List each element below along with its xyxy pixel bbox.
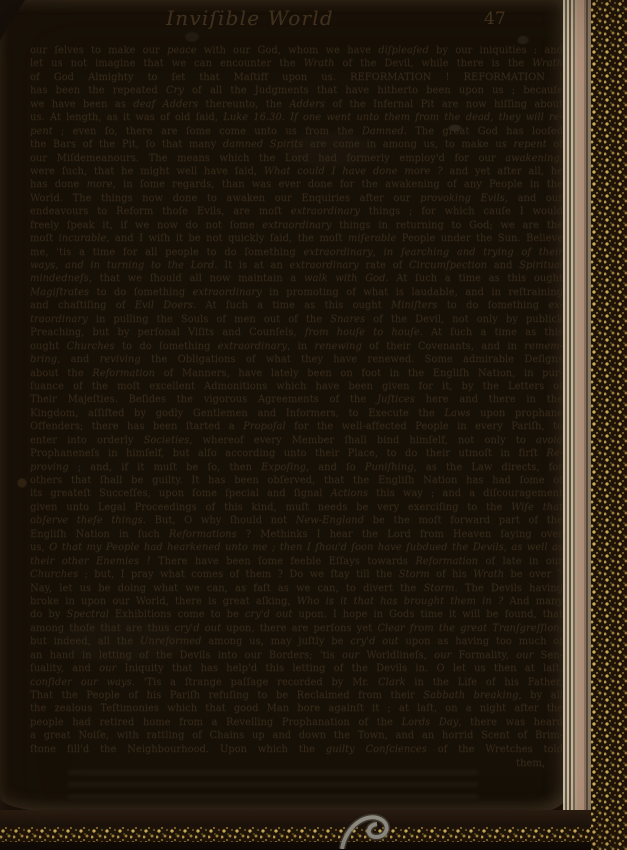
roman-text: to do ſomething [437,300,548,311]
roman-text: . At ſuch a time as this [420,327,563,338]
italic-text: Lords Day [401,717,458,728]
text-line: ſuality, and our Iniquity that has help'… [30,662,563,675]
text-line: people had retired home from a Revelling… [30,716,563,729]
text-line: our Miſdemeanours. The means which the L… [30,152,563,165]
roman-text: and chaſtiſing of [30,300,135,311]
roman-text: of late in our [478,556,563,567]
text-line: has been the repeated Cry of all the Jud… [30,84,563,97]
roman-text: Nay, let us be doing what we can, as faſ… [30,583,424,594]
roman-text: us. At length, as it was of old ſaid, [30,112,223,123]
text-line: an hand in letting of the Devils into ou… [30,649,563,662]
roman-text: about the [30,368,92,379]
text-line: a great Noiſe, with rattling of Chains u… [30,729,563,742]
italic-text: in ſearching and trying of their [384,247,563,258]
roman-text: an hand in letting of the Devils into ou… [30,650,342,661]
roman-text: this way ; and a diſcouragement [368,488,563,499]
roman-text: ; even ſo, there are ſome come unto us f… [53,126,362,137]
italic-text: New-England [296,515,364,526]
italic-text: damned Spirits [223,139,303,150]
roman-text: us, [30,542,49,553]
roman-text: broke in upon our World, there is great … [30,596,297,607]
roman-text: . At ſuch a time as this ought [385,273,563,284]
book-cord-icon [330,799,412,849]
roman-text: , that we ſhould all now maintain a [89,273,304,284]
text-line: Offenders; there has been ſtarted a Prop… [30,420,563,433]
text-line: pent ; even ſo, there are ſome come unto… [30,125,563,138]
roman-text: of the Devil, not only by publick [365,314,563,325]
italic-text: Circumſpection [409,260,487,271]
roman-text: do by [30,609,66,620]
text-line: freely ſpeak it, if we now do not ſome e… [30,219,563,232]
roman-text: ; but, I pray what comes of them ? Do we… [78,569,399,580]
text-line: That the People of his Pariſh refuſing t… [30,689,563,702]
text-line: obſerve theſe things. But, O why ſhould … [30,514,563,527]
italic-text: Re- [546,448,563,459]
italic-text: pent [30,126,53,137]
italic-text: extraordinary [289,260,358,271]
text-line: us. At length, as it was of old ſaid, Lu… [30,111,563,124]
book-page-scan: Inviſible World 47 our ſelves to make ou… [0,0,627,850]
roman-text: , in [287,341,315,352]
text-line: of God Almighty to ſet that Maſtiff upon… [30,71,563,84]
text-line: the zealous Teſtimonies which that good … [30,702,563,715]
text-line: proving ; and, if it muſt be ſo, then Ex… [30,461,563,474]
roman-text: Sen- [533,650,563,661]
italic-text: deaf Adders [133,99,198,110]
page-number: 47 [484,9,506,29]
roman-text: upon prophane [470,408,563,419]
italic-text: repent [513,139,546,150]
roman-text: things ; for which cauſe I would [360,206,563,217]
text-line: ſuance of the moſt excellent Admonitions… [30,380,563,393]
roman-text: Formality, [451,650,516,661]
italic-text: Spectral [66,609,109,620]
roman-text: the zealous Teſtimonies which that good … [30,703,563,714]
roman-text: of the Devil, while there is the [334,58,532,69]
italic-text: Churches [30,569,78,580]
text-line: given unto Legal Proceedings of this kin… [30,501,563,514]
italic-text: extraordinary [291,206,360,217]
roman-text: . 'Tis a ſtrange paſſage recorded by Mr. [132,677,378,688]
roman-text: has been the repeated [30,85,166,96]
italic-text: Sabbath breaking [423,690,518,701]
roman-text: , there was heard [458,717,563,728]
roman-text: and [487,260,519,271]
roman-text: Offenders; there has been ſtarted a [30,421,243,432]
text-line: me, 'tis a time for all people to do ſom… [30,246,563,259]
roman-text: People under the Sun. Believe [396,233,563,244]
text-line: traordinary in pulling the Souls of men … [30,313,563,326]
roman-text: be over ? [504,569,563,580]
italic-text: more [87,179,113,190]
italic-text: our [342,650,359,661]
roman-text: the Obligations of what they have renewe… [141,354,563,365]
roman-text: . At ſuch a time as this ought [193,300,391,311]
roman-text: , by all [518,690,563,701]
roman-text: to do ſomething [89,287,193,298]
roman-text: , and [57,354,100,365]
italic-text: Reformation [415,556,478,567]
italic-text: Storm [399,569,430,580]
italic-text: walk with God [304,273,385,284]
text-line: ways, and in turning to the Lord. It is … [30,259,563,272]
text-line: Nay, let us be doing what we can, as faſ… [30,582,563,595]
roman-text: rate of [359,260,409,271]
italic-text: bring [30,354,57,365]
roman-text: in pulling the Souls of men out of the [88,314,331,325]
roman-text: here and there in the [415,394,563,405]
roman-text: And many [503,596,563,607]
roman-text: Engliſh Nation in ſuch [30,529,169,540]
roman-text: moſt [30,233,59,244]
text-line: ſtone fill'd the Neighbourhood. Upon whi… [30,743,563,756]
roman-text: Kingdom, aſſiſted by godly Gentlemen and… [30,408,444,419]
fore-edge-stripes [563,0,593,850]
roman-text: were ſuch, that he might well have ſaid, [30,166,264,177]
italic-text: ex- [548,300,563,311]
text-line: endeavours to Reform thoſe Evils, are mo… [30,205,563,218]
roman-text: . The great God has looſed [404,126,563,137]
italic-text: Expoſing [261,462,306,473]
text-line: among thoſe that are thus cry'd out upon… [30,622,563,635]
roman-text: . The Devils having [454,583,563,594]
running-title: Inviſible World [158,6,342,30]
italic-text: remem- [524,341,563,352]
roman-text: for the well-affected People in every Pa… [286,421,563,432]
text-line: Kingdom, aſſiſted by godly Gentlemen and… [30,407,563,420]
text-line: Their Majeſties. Beſides the vigorous Ag… [30,393,563,406]
italic-text: our [99,663,116,674]
text-line: us, O that my People had hearkened unto … [30,541,563,554]
roman-text: enter into orderly [30,435,144,446]
italic-text: guilty Conſciences [326,744,427,755]
roman-text: That the People of his Pariſh refuſing t… [30,690,423,701]
italic-text: extraordinary [193,287,262,298]
roman-text: thereunto, the [198,99,289,110]
roman-text: our Miſdemeanours. The means which the L… [30,153,505,164]
bottom-gilt-border [0,827,627,842]
italic-text: avoid [536,435,563,446]
roman-text: , [373,247,384,258]
text-line: broke in upon our World, there is great … [30,595,563,608]
italic-text: peace [167,45,197,56]
roman-text: Iniquity that has help'd this letting of… [116,663,563,674]
text-line: bring, and reviving the Obligations of w… [30,353,563,366]
roman-text: a great Noiſe, with rattling of Chains u… [30,730,563,741]
roman-text: , and our [505,193,563,204]
text-line: Magiſtrates to do ſomething extraordinar… [30,286,563,299]
text-line: let us not imagine that we can encounter… [30,57,563,70]
text-line: the Bars of the Pit, ſo that many damned… [30,138,563,151]
roman-text: freely ſpeak it, if we now do not ſome [30,220,262,231]
text-line: others that ſhall be guilty. It has been… [30,474,563,487]
italic-text: cry'd out [350,636,398,647]
roman-text: Exhibitions come to be [109,609,245,620]
roman-text: we have been as [30,99,133,110]
italic-text: cry'd out [174,623,221,634]
catchword: them, [516,758,545,769]
italic-text: Societies [144,435,190,446]
right-gilt-border [591,0,627,850]
roman-text: the Bars of the Pit, ſo that many [30,139,223,150]
roman-text: ; and, if it muſt be ſo, then [69,462,261,473]
roman-text: among us, may juſtly be [201,636,350,647]
text-line: Prophaneneſs in himſelf, but alſo accord… [30,447,563,460]
roman-text: ought [30,341,67,352]
roman-text: me, 'tis a time for all people to do ſom… [30,247,303,258]
roman-text: upon, there are perſons yet [221,623,377,634]
roman-text: has done [30,179,87,190]
roman-text: endeavours to Reform thoſe Evils, are mo… [30,206,291,217]
roman-text: in the Life of his Father, [406,677,564,688]
italic-text: Churches [67,341,115,352]
italic-text: proving [30,462,69,473]
text-line: and chaſtiſing of Evil Doers. At ſuch a … [30,299,563,312]
italic-text: from houſe to houſe [305,327,420,338]
italic-text: conſider our ways [30,677,132,688]
roman-text: Their Majeſties. Beſides the vigorous Ag… [30,394,377,405]
roman-text: our ſelves to make our [30,45,167,56]
italic-text: Snares [330,314,365,325]
italic-text: Actions [331,488,368,499]
roman-text: its greateſt Succeſſes, upon ſome ſpecia… [30,488,331,499]
roman-text: of Manners, have lately been on foot in … [155,368,563,379]
italic-text: Juſtices [377,394,415,405]
roman-text: are come in among us, to make us [303,139,513,150]
roman-text: let us not imagine that we can encounter… [30,58,304,69]
roman-text: of God Almighty to ſet that Maſtiff upon… [30,72,563,83]
roman-text: with our God, whom we have [197,45,379,56]
bottom-shadow-band [0,810,627,850]
italic-text: Luke 16.30. If one went unto them from t… [223,112,563,123]
text-line: were ſuch, that he might well have ſaid,… [30,165,563,178]
roman-text: of [547,139,563,150]
italic-text: Wiſe that [511,502,563,513]
italic-text: Wrath [304,58,335,69]
roman-text: of their Covenants, and in [362,341,524,352]
italic-text: diſpleaſed [378,45,429,56]
roman-text: among thoſe that are thus [30,623,174,634]
text-line: mindedneſs, that we ſhould all now maint… [30,272,563,285]
italic-text: cry'd out [245,609,293,620]
italic-text: reviving [100,354,141,365]
page-text: our ſelves to make our peace with our Go… [30,44,563,756]
text-line: but indeed, all the Unreformed among us,… [30,635,563,648]
text-line: our ſelves to make our peace with our Go… [30,44,563,57]
roman-text: , and I wiſh it be not quickly ſaid, the… [106,233,348,244]
italic-text: Wrath [473,569,504,580]
italic-text: Adders [289,99,325,110]
roman-text: , whereof every Member ſhall bind himſel… [189,435,536,446]
text-line: moſt incurable, and I wiſh it be not qui… [30,232,563,245]
roman-text: It is at an [217,260,289,271]
roman-text: upon as having too much of [399,636,563,647]
italic-text: Reformation [92,368,155,379]
roman-text: There have been ſome feeble Eſſays towar… [151,556,416,567]
italic-text: obſerve theſe things [30,515,143,526]
italic-text: Clark [378,677,406,688]
roman-text: Prophaneneſs in himſelf, but alſo accord… [30,448,546,459]
text-line: has done more, in ſome regards, than was… [30,178,563,191]
italic-text: Unreformed [140,636,202,647]
text-line: ought Churches to do ſomething extraordi… [30,340,563,353]
italic-text: Laws [444,408,470,419]
show-through-text [68,770,478,802]
italic-text: Damned [362,126,404,137]
roman-text: people had retired home from a Revelling… [30,717,401,728]
italic-text: ways, and in turning to the Lord. [30,260,217,271]
italic-text: extraordinary [218,341,287,352]
gutter-shadow [0,0,9,812]
italic-text: traordinary [30,314,88,325]
italic-text: mindedneſs [30,273,89,284]
roman-text: of his [430,569,474,580]
italic-text: miſerable [348,233,396,244]
italic-text: Storm [424,583,455,594]
roman-text: ſuance of the moſt excellent Admonitions… [30,381,563,392]
italic-text: our [516,650,533,661]
roman-text: . But, O why ſhould not [143,515,296,526]
italic-text: Miniſters [391,300,437,311]
roman-text: Worldlineſs, [359,650,434,661]
italic-text: provoking Evils [420,193,505,204]
italic-text: extraordinary [303,247,372,258]
roman-text: ſuality, and [30,663,99,674]
roman-text: upon. I hope in Gods time it will be fou… [292,609,563,620]
text-line: about the Reformation of Manners, have l… [30,367,563,380]
italic-text: incurable [59,233,107,244]
text-line: World. The things now done to awaken our… [30,192,563,205]
italic-text: Magiſtrates [30,287,89,298]
roman-text: of the Wretches told [427,744,563,755]
roman-text: by our iniquities : and [429,45,563,56]
text-line: enter into orderly Societies, whereof ev… [30,434,563,447]
italic-text: Cry [166,85,184,96]
italic-text: awakening [505,153,560,164]
roman-text: others that ſhall be guilty. It has been… [30,475,563,486]
roman-text: but indeed, all the [30,636,140,647]
italic-text: our [434,650,451,661]
roman-text: of the Infernal Pit are now hiſſing abou… [325,99,563,110]
roman-text: given unto Legal Proceedings of this kin… [30,502,511,513]
italic-text: Propoſal [243,421,286,432]
roman-text: ſtone fill'd the Neighbourhood. Upon whi… [30,744,326,755]
text-line: their other Enemies ! There have been ſo… [30,555,563,568]
roman-text: , [560,153,563,164]
roman-text: ? Methinks I hear the Lord from Heaven ſ… [237,529,563,540]
roman-text: Preaching, but by perſonal Viſits and Co… [30,327,305,338]
text-line: Preaching, but by perſonal Viſits and Co… [30,326,563,339]
text-line: its greateſt Succeſſes, upon ſome ſpecia… [30,487,563,500]
text-line: we have been as deaf Adders thereunto, t… [30,98,563,111]
text-line: conſider our ways. 'Tis a ſtrange paſſag… [30,676,563,689]
roman-text: , in ſome regards, than was ever done fo… [113,179,563,190]
italic-text: Who is it that has brought them in ? [297,596,503,607]
italic-text: O that my People had hearkened unto me ;… [49,542,563,553]
italic-text: their other Enemies ! [30,556,151,567]
italic-text: Spiritual [519,260,563,271]
roman-text: , and ſo [306,462,365,473]
italic-text: Wrath [532,58,563,69]
roman-text: things in returning to God; we are the [331,220,563,231]
text-line: do by Spectral Exhibitions come to be cr… [30,608,563,621]
italic-text: Evil Doers [135,300,193,311]
italic-text: Clear from the great Tranſgreſſion [377,623,559,634]
roman-text: to do ſomething [115,341,218,352]
text-line: Engliſh Nation in ſuch Reformations ? Me… [30,528,563,541]
italic-text: Reformations [169,529,237,540]
italic-text: renewing [314,341,361,352]
roman-text: ; [560,623,563,634]
italic-text: What could I have done more ? [264,166,443,177]
italic-text: Puniſhing [365,462,414,473]
roman-text: World. The things now done to awaken our… [30,193,420,204]
roman-text: and yet after all, he [443,166,563,177]
roman-text: , as the Law directs, for [414,462,563,473]
italic-text: extraordinary [262,220,331,231]
text-line: Churches ; but, I pray what comes of the… [30,568,563,581]
roman-text: in promoting of what is laudable, and in… [262,287,563,298]
roman-text: be the moſt forward part of the [364,515,563,526]
roman-text: of all the Judgments that have hitherto … [184,85,563,96]
